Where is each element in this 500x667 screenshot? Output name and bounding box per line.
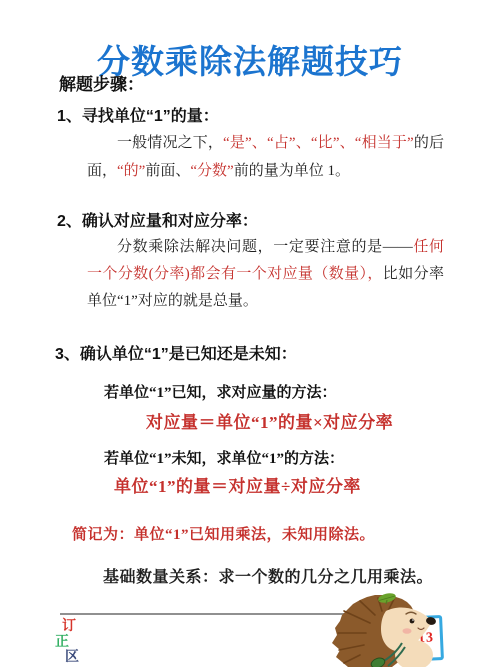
text-segment-highlight: “的” (117, 163, 145, 179)
text-segment-highlight: “是”、“占”、“比”、“相当于” (223, 135, 414, 151)
mnemonic-note: 简记为：单位“1”已知用乘法，未知用除法。 (72, 523, 375, 544)
method-unknown-label: 若单位“1”未知，求单位“1”的方法： (104, 447, 344, 468)
section-2-heading: 2、确认对应量和对应分率： (57, 208, 258, 231)
worksheet-page: 分数乘除法解题技巧 解题步骤： 1、寻找单位“1”的量： 一般情况之下，“是”、… (0, 0, 500, 667)
text-segment: 一般情况之下， (117, 135, 223, 151)
section-3-heading: 3、确认单位“1”是已知还是未知： (55, 341, 297, 364)
section-1-heading: 1、寻找单位“1”的量： (57, 103, 219, 126)
steps-heading: 解题步骤： (59, 70, 144, 95)
base-relation: 基础数量关系：求一个数的几分之几用乘法。 (103, 564, 433, 587)
hedgehog-eye (410, 619, 415, 624)
method-unknown-formula: 单位“1”的量＝对应量÷对应分率 (114, 472, 361, 497)
method-known-formula: 对应量＝单位“1”的量×对应分率 (146, 408, 393, 433)
text-segment-highlight: “分数” (190, 163, 233, 179)
text-segment: 前面、 (145, 163, 190, 179)
hedgehog-eye-highlight (412, 619, 414, 621)
method-known-label: 若单位“1”已知，求对应量的方法： (104, 381, 337, 402)
section-1-body: 一般情况之下，“是”、“占”、“比”、“相当于”的后面，“的”前面、“分数”前的… (87, 129, 444, 185)
section-2-body: 分数乘除法解决问题，一定要注意的是——任何一个分数(分率)都会有一个对应量（数量… (87, 234, 444, 315)
hedgehog-blush (403, 628, 412, 634)
text-segment: 分数乘除法解决问题，一定要注意的是—— (117, 239, 413, 255)
correction-zone-char-3: 区 (65, 646, 79, 666)
hedgehog-mascot-icon (330, 593, 448, 667)
divider-line (60, 613, 347, 615)
text-segment: 前的量为单位 1。 (234, 163, 350, 179)
